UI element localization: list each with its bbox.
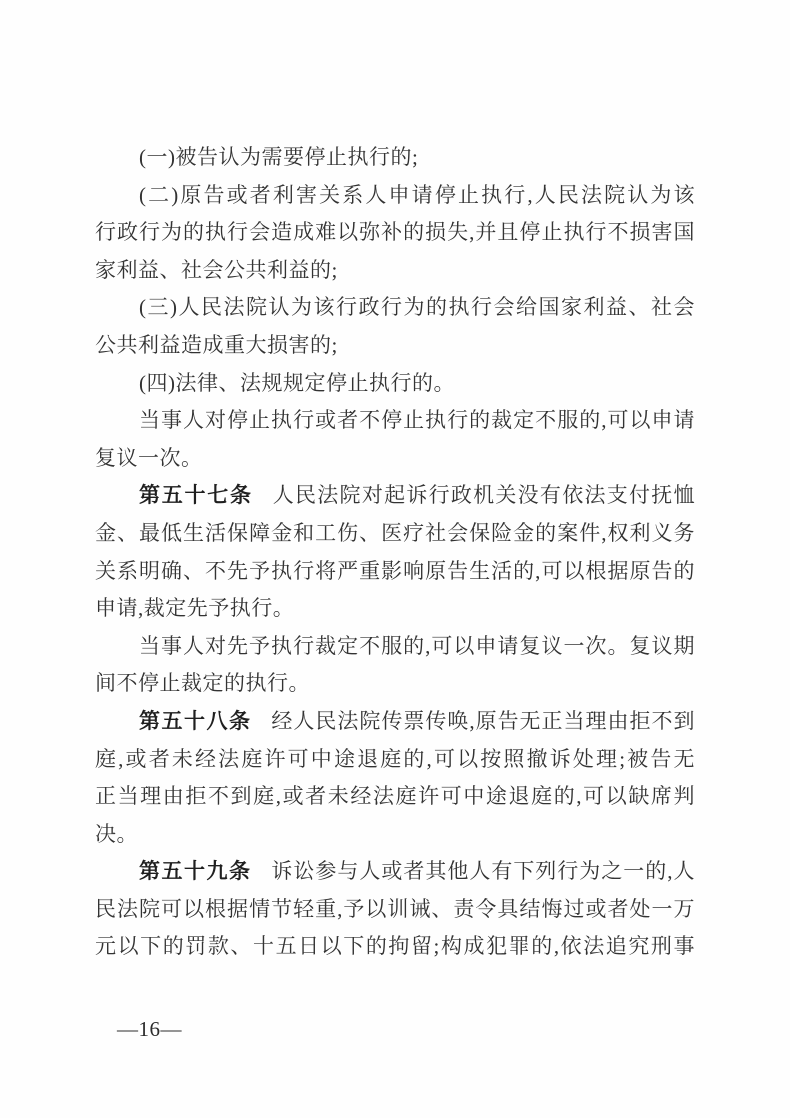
- paragraph: (一)被告认为需要停止执行的;: [95, 139, 695, 177]
- text-line: 复议一次。: [95, 440, 695, 478]
- text-line: 第五十八条经人民法院传票传唤,原告无正当理由拒不到: [95, 703, 695, 741]
- text-line: 间不停止裁定的执行。: [95, 665, 695, 703]
- text-line: 行政行为的执行会造成难以弥补的损失,并且停止执行不损害国: [95, 214, 695, 252]
- text-line: 第五十九条诉讼参与人或者其他人有下列行为之一的,人: [95, 853, 695, 891]
- article-number: 第五十九条: [139, 859, 251, 883]
- paragraph: (四)法律、法规规定停止执行的。: [95, 365, 695, 403]
- text-line: 关系明确、不先予执行将严重影响原告生活的,可以根据原告的: [95, 553, 695, 591]
- text-line: (三)人民法院认为该行政行为的执行会给国家利益、社会: [95, 289, 695, 327]
- text-line: 元以下的罚款、十五日以下的拘留;构成犯罪的,依法追究刑事: [95, 928, 695, 966]
- text-line: (四)法律、法规规定停止执行的。: [95, 365, 695, 403]
- paragraph: 第五十九条诉讼参与人或者其他人有下列行为之一的,人民法院可以根据情节轻重,予以训…: [95, 853, 695, 966]
- text-line: 申请,裁定先予执行。: [95, 590, 695, 628]
- scanned-document-page: (一)被告认为需要停止执行的;(二)原告或者利害关系人申请停止执行,人民法院认为…: [0, 0, 790, 1118]
- text-line: (一)被告认为需要停止执行的;: [95, 139, 695, 177]
- text-line: 家利益、社会公共利益的;: [95, 252, 695, 290]
- text-line: 庭,或者未经法庭许可中途退庭的,可以按照撤诉处理;被告无: [95, 741, 695, 779]
- text-line: 决。: [95, 816, 695, 854]
- text-line: 民法院可以根据情节轻重,予以训诫、责令具结悔过或者处一万: [95, 891, 695, 929]
- text-line: (二)原告或者利害关系人申请停止执行,人民法院认为该: [95, 177, 695, 215]
- document-body: (一)被告认为需要停止执行的;(二)原告或者利害关系人申请停止执行,人民法院认为…: [95, 139, 695, 966]
- page-number: —16—: [117, 1017, 182, 1041]
- paragraph: 当事人对先予执行裁定不服的,可以申请复议一次。复议期间不停止裁定的执行。: [95, 628, 695, 703]
- paragraph: (三)人民法院认为该行政行为的执行会给国家利益、社会公共利益造成重大损害的;: [95, 289, 695, 364]
- text-line: 当事人对先予执行裁定不服的,可以申请复议一次。复议期: [95, 628, 695, 666]
- paragraph: 当事人对停止执行或者不停止执行的裁定不服的,可以申请复议一次。: [95, 402, 695, 477]
- text-line: 金、最低生活保障金和工伤、医疗社会保险金的案件,权利义务: [95, 515, 695, 553]
- paragraph: 第五十七条人民法院对起诉行政机关没有依法支付抚恤金、最低生活保障金和工伤、医疗社…: [95, 477, 695, 627]
- article-number: 第五十七条: [139, 483, 253, 507]
- text-line: 当事人对停止执行或者不停止执行的裁定不服的,可以申请: [95, 402, 695, 440]
- text-line: 第五十七条人民法院对起诉行政机关没有依法支付抚恤: [95, 477, 695, 515]
- article-number: 第五十八条: [139, 709, 251, 733]
- text-line: 正当理由拒不到庭,或者未经法庭许可中途退庭的,可以缺席判: [95, 778, 695, 816]
- text-line: 公共利益造成重大损害的;: [95, 327, 695, 365]
- paragraph: (二)原告或者利害关系人申请停止执行,人民法院认为该行政行为的执行会造成难以弥补…: [95, 177, 695, 290]
- paragraph: 第五十八条经人民法院传票传唤,原告无正当理由拒不到庭,或者未经法庭许可中途退庭的…: [95, 703, 695, 853]
